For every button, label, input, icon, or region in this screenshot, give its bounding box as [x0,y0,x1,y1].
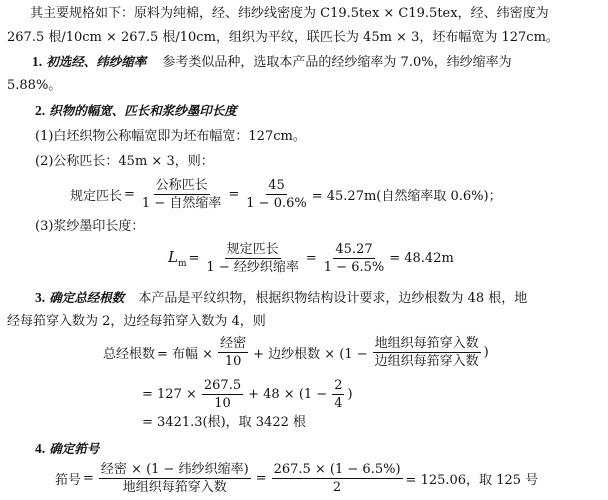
formula-result: = 125.06，取 125 号 [406,469,539,488]
subscript-m: m [178,259,187,269]
close-paren: ) [484,345,489,360]
denominator: 边组织每筘穿入数 [373,353,481,369]
formula-term: = 127 × [142,387,197,402]
fraction: 经密 10 [218,336,248,369]
formula-result: = 48.42m [389,251,454,266]
equals-sign: = [256,471,267,486]
formula-mark-length: Lm = 规定匹长 1 − 经纱织缩率 = 45.27 1 − 6.5% = 4… [168,242,454,275]
section-3-number: 3. [35,290,45,305]
section-1: 1. 初选经、纬纱缩率 参考类似品种，选取本产品的经纱缩率为 7.0%，纬纱缩率… [32,54,512,71]
numerator: 267.5 × (1 − 6.5%) [272,462,403,479]
close-paren: ) [347,387,352,402]
numerator: 地组织每筘穿入数 [373,336,481,353]
denominator: 2 [331,479,343,495]
fraction: 经密 × (1 − 纬纱织缩率) 地组织每筘穿入数 [99,462,251,495]
numerator: 经密 × (1 − 纬纱织缩率) [99,462,251,479]
section-4-number: 4. [35,441,45,456]
section-4-heading: 确定筘号 [49,441,99,456]
denominator: 地组织每筘穿入数 [121,479,229,495]
section-3-heading: 确定总经根数 [49,290,124,305]
numerator: 公称匹长 [154,178,210,195]
denominator: 4 [332,395,344,411]
section-2-number: 2. [35,103,45,118]
fraction: 45.27 1 − 6.5% [322,242,386,275]
fraction: 267.5 × (1 − 6.5%) 2 [272,462,403,495]
numerator: 45.27 [333,242,374,259]
variable-l: L [168,248,178,266]
formula-term: = 布幅 × [157,343,213,362]
formula-term: + 边纱根数 × (1 − [253,343,368,362]
denominator: 1 − 6.5% [322,259,386,275]
formula-lhs: 总经根数 [103,343,155,362]
intro-text-line-2: 267.5 根/10cm × 267.5 根/10cm，组织为平纹，联匹长为 4… [7,30,559,46]
denominator: 1 − 经纱织缩率 [204,259,300,275]
section-1-number: 1. [32,54,42,69]
section-2-item-1: (1)白坯织物公称幅宽即为坯布幅宽：127cm。 [35,129,306,145]
fraction: 规定匹长 1 − 经纱织缩率 [204,242,300,275]
equals-sign: = [124,187,135,202]
section-3-text: 本产品是平纹织物，根据织物结构设计要求，边纱根数为 48 根，地 [138,291,527,306]
section-3-text-line-2: 经每筘穿入数为 2，边经每筘穿入数为 4，则 [7,314,266,330]
equals-sign: = [189,251,200,266]
numerator: 2 [332,378,344,395]
section-1-text-line-2: 5.88%。 [7,78,61,94]
formula-total-ends-result: = 3421.3(根)，取 3422 根 [142,415,306,431]
section-2-item-3: (3)浆纱墨印长度： [35,219,144,235]
denominator: 10 [223,353,244,369]
section-2: 2. 织物的幅宽、匹长和浆纱墨印长度 [35,103,237,120]
equals-sign: = [83,471,94,486]
section-2-heading: 织物的幅宽、匹长和浆纱墨印长度 [49,103,237,118]
formula-total-ends-line-2: = 127 × 267.5 10 + 48 × (1 − 2 4 ) [140,378,353,411]
formula-lhs: Lm [168,248,187,269]
numerator: 45 [266,178,287,195]
section-4: 4. 确定筘号 [35,441,99,458]
numerator: 经密 [218,336,248,353]
formula-piece-length: 规定匹长 = 公称匹长 1 − 自然缩率 = 45 1 − 0.6% = 45.… [70,178,502,211]
numerator: 规定匹长 [225,242,281,259]
fraction: 公称匹长 1 − 自然缩率 [140,178,223,211]
section-1-heading: 初选经、纬纱缩率 [46,54,146,69]
fraction: 2 4 [332,378,344,411]
formula-total-ends: 总经根数 = 布幅 × 经密 10 + 边纱根数 × (1 − 地组织每筘穿入数… [103,336,489,369]
fraction: 45 1 − 0.6% [244,178,308,211]
fraction: 地组织每筘穿入数 边组织每筘穿入数 [373,336,481,369]
formula-reed-number: 筘号 = 经密 × (1 − 纬纱织缩率) 地组织每筘穿入数 = 267.5 ×… [55,462,538,495]
denominator: 1 − 0.6% [244,195,308,211]
denominator: 10 [212,395,233,411]
equals-sign: = [228,187,239,202]
formula-result: = 45.27m(自然缩率取 0.6%)； [312,185,502,204]
formula-lhs: 筘号 [55,469,81,488]
section-1-text: 参考类似品种，选取本产品的经纱缩率为 7.0%，纬纱缩率为 [162,55,511,70]
section-2-item-2: (2)公称匹长：45m × 3，则： [35,154,214,170]
formula-lhs: 规定匹长 [70,185,122,204]
numerator: 267.5 [202,378,243,395]
denominator: 1 − 自然缩率 [140,195,223,211]
section-3: 3. 确定总经根数 本产品是平纹织物，根据织物结构设计要求，边纱根数为 48 根… [35,290,527,307]
formula-term: + 48 × (1 − [248,387,327,402]
equals-sign: = [306,251,317,266]
fraction: 267.5 10 [202,378,243,411]
intro-text-line-1: 其主要规格如下：原料为纯棉，经、纬纱线密度为 C19.5tex × C19.5t… [30,6,549,22]
